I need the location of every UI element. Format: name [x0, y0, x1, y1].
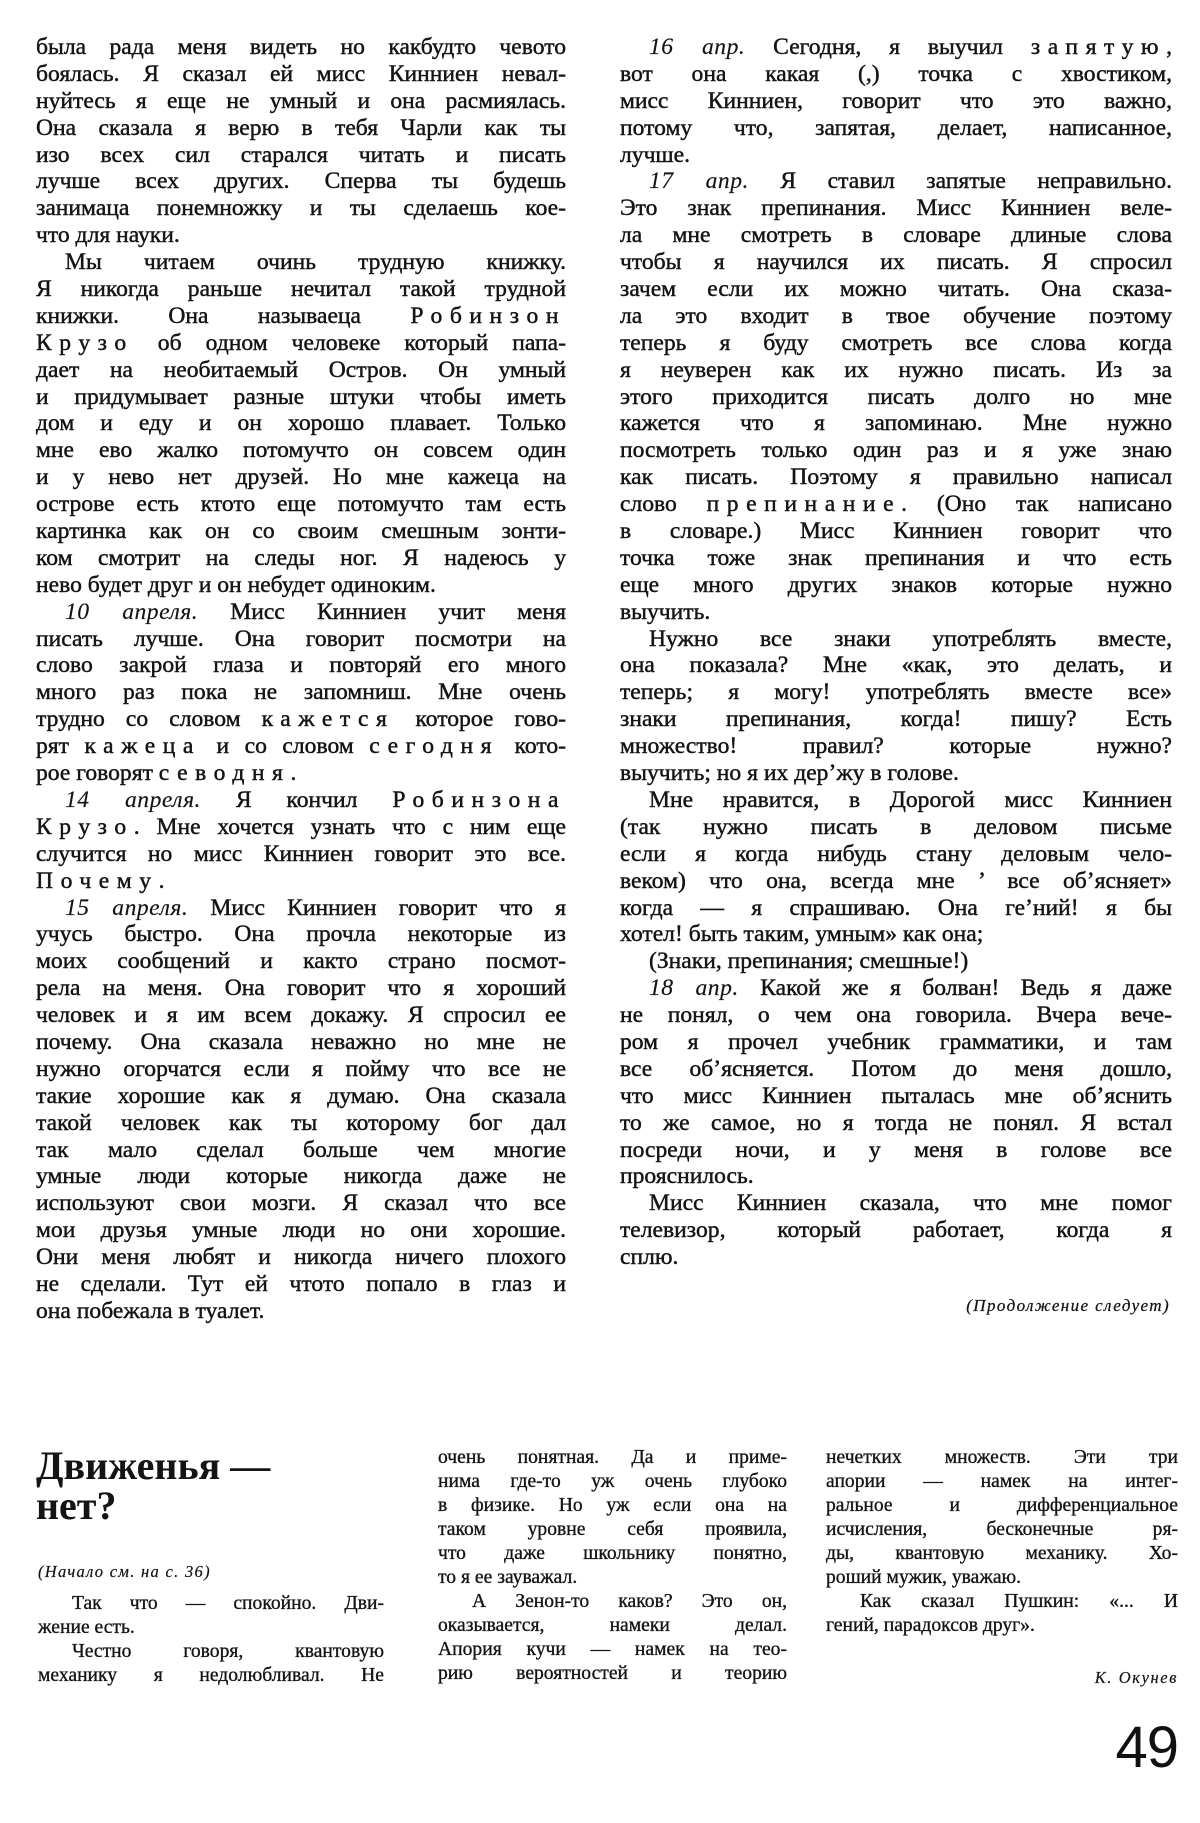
text-line: (Знаки, препинания; смешные!): [620, 948, 1172, 975]
text-line: что мисс Кинниен пыталась мне об’яснить: [620, 1083, 1172, 1110]
text-line: мисс Кинниен, говорит что это важно,: [620, 88, 1172, 115]
second-article-column-3: нечетких множеств. Эти триапории — намек…: [826, 1446, 1178, 1638]
text-line: боялась. Я сказал ей мисс Кинниен невал-: [36, 61, 566, 88]
continued-note: (Продолжение следует): [918, 1296, 1170, 1316]
second-article-column-2: очень понятная. Да и приме-нима где-то у…: [438, 1446, 787, 1686]
text-line: так мало сделал больше чем многие: [36, 1137, 566, 1164]
spaced-emphasis: Крузо: [36, 814, 134, 840]
paragraph: Как сказал Пушкин: «... Игений, парадокс…: [826, 1590, 1178, 1638]
text-line: сплю.: [620, 1244, 1172, 1271]
text-line: учусь быстро. Она прочла некоторые из: [36, 921, 566, 948]
paragraph: нечетких множеств. Эти триапории — намек…: [826, 1446, 1178, 1590]
text-line: рию вероятностей и теорию: [438, 1662, 787, 1686]
text-line: этого приходится писать долго но мне: [620, 384, 1172, 411]
spaced-emphasis: кажется: [262, 706, 395, 732]
text-line: нужно огорчатся если я пойму что все не: [36, 1056, 566, 1083]
text-line: книжки. Она называеца Робинзон: [36, 303, 566, 330]
text-line: выучить; но я их дер’жу в голове.: [620, 760, 1172, 787]
text-line: она побежала в туалет.: [36, 1298, 566, 1325]
text-line: такие хорошие как я думаю. Она сказала: [36, 1083, 566, 1110]
text-line: Они меня любят и никогда ничего плохого: [36, 1244, 566, 1271]
paragraph: Так что — спокойно. Дви-жение есть.: [38, 1592, 384, 1640]
text-line: нево будет друг и он небудет одиноким.: [36, 572, 566, 599]
text-line: мне ево жалко потомучто он совсем один: [36, 437, 566, 464]
entry-date: 14 апреля.: [65, 787, 201, 813]
text-line: таком уровне себя проявила,: [438, 1518, 787, 1542]
spaced-emphasis: севодня: [159, 760, 291, 786]
paragraph: 17 апр. Я ставил запятые неправильно.Это…: [620, 168, 1172, 625]
text-line: я неуверен как их нужно писать. Из за: [620, 357, 1172, 384]
text-line: зачем если их можно читать. Она сказа-: [620, 276, 1172, 303]
article-title: Движенья — нет?: [36, 1446, 336, 1526]
text-line: слово закрой глаза и повторяй его много: [36, 652, 566, 679]
text-line: ральное и дифференциальное: [826, 1494, 1178, 1518]
text-line: трудно со словом кажется которое гово-: [36, 706, 566, 733]
paragraph: Мисс Кинниен сказала, что мне помогтелев…: [620, 1190, 1172, 1271]
main-article-left-column: была рада меня видеть но какбудто чевото…: [36, 34, 566, 1325]
entry-date: 15 апреля.: [65, 895, 188, 921]
text-line: почему. Она сказала неважно но мне не: [36, 1029, 566, 1056]
text-line: Так что — спокойно. Дви-: [38, 1592, 384, 1616]
spaced-emphasis: запятую: [1031, 34, 1166, 60]
text-line: кажется что я запоминаю. Мне нужно: [620, 410, 1172, 437]
page-number: 49: [1098, 1718, 1178, 1778]
text-line: рое говорят севодня.: [36, 760, 566, 787]
text-line: слово препинание. (Оно так написано: [620, 491, 1172, 518]
text-line: дает на необитаемый Остров. Он умный: [36, 357, 566, 384]
text-line: что даже школьнику понятно,: [438, 1542, 787, 1566]
text-line: когда — я спрашиваю. Она ге’ний! я бы: [620, 895, 1172, 922]
text-line: 18 апр. Какой же я болван! Ведь я даже: [620, 975, 1172, 1002]
text-line: нима где-то уж очень глубоко: [438, 1470, 787, 1494]
entry-date: 10 апреля.: [65, 599, 198, 625]
text-line: точка тоже знак препинания и что есть: [620, 545, 1172, 572]
text-line: была рада меня видеть но какбудто чевото: [36, 34, 566, 61]
text-line: хотел! быть таким, умным» как она;: [620, 921, 1172, 948]
text-line: картинка как он со своим смешным зонти-: [36, 518, 566, 545]
text-line: Почему.: [36, 868, 566, 895]
text-line: Крузо об одном человеке который папа-: [36, 330, 566, 357]
text-line: роший мужик, уважаю.: [826, 1566, 1178, 1590]
text-line: в физике. Но уж если она на: [438, 1494, 787, 1518]
text-line: веком) что она, всегда мне ’ все об’ясня…: [620, 868, 1172, 895]
paragraph: Нужно все знаки употреблять вместе,она п…: [620, 626, 1172, 787]
text-line: если я когда нибудь стану деловым чело-: [620, 841, 1172, 868]
text-line: Честно говоря, квантовую: [38, 1640, 384, 1664]
text-line: 15 апреля. Мисс Кинниен говорит что я: [36, 895, 566, 922]
entry-date: 17 апр.: [649, 168, 749, 194]
text-line: изо всех сил старался читать и писать: [36, 142, 566, 169]
text-line: Как сказал Пушкин: «... И: [826, 1590, 1178, 1614]
text-line: в словаре.) Мисс Кинниен говорит что: [620, 518, 1172, 545]
paragraph: Мне нравится, в Дорогой мисс Кинниен(так…: [620, 787, 1172, 948]
text-line: знаки препинания, когда! пишу? Есть: [620, 706, 1172, 733]
text-line: 17 апр. Я ставил запятые неправильно.: [620, 168, 1172, 195]
text-line: посмотреть только один раз и я уже знаю: [620, 437, 1172, 464]
text-line: Я никогда раньше нечитал такой трудной: [36, 276, 566, 303]
text-line: исчисления, бесконечные ря-: [826, 1518, 1178, 1542]
paragraph: была рада меня видеть но какбудто чевото…: [36, 34, 566, 249]
text-line: что для науки.: [36, 222, 566, 249]
text-line: механику я недолюбливал. Не: [38, 1664, 384, 1688]
text-line: человек и я им всем докажу. Я спросил ее: [36, 1002, 566, 1029]
text-line: ла это входит в твое обучение поэтому: [620, 303, 1172, 330]
text-line: много раз пока не запомниш. Мне очень: [36, 679, 566, 706]
text-line: дом и еду и он хорошо плавает. Только: [36, 410, 566, 437]
text-line: посреди ночи, и у меня в голове все: [620, 1137, 1172, 1164]
text-line: такой человек как ты которому бог дал: [36, 1110, 566, 1137]
paragraph: 18 апр. Какой же я болван! Ведь я дажене…: [620, 975, 1172, 1190]
text-line: чтобы я научился их писать. Я спросил: [620, 249, 1172, 276]
text-line: Она сказала я верю в тебя Чарли как ты: [36, 115, 566, 142]
text-line: занимаца понемножку и ты сделаешь кое-: [36, 195, 566, 222]
paragraph: 15 апреля. Мисс Кинниен говорит что яучу…: [36, 895, 566, 1325]
paragraph: очень понятная. Да и приме-нима где-то у…: [438, 1446, 787, 1590]
text-line: теперь; я могу! употреблять вместе все»: [620, 679, 1172, 706]
text-line: 16 апр. Сегодня, я выучил запятую,: [620, 34, 1172, 61]
text-line: 14 апреля. Я кончил Робинзона: [36, 787, 566, 814]
spaced-emphasis: препинание: [707, 491, 902, 517]
text-line: мои друзья умные люди но они хорошие.: [36, 1217, 566, 1244]
text-line: ды, квантовую механику. Хо-: [826, 1542, 1178, 1566]
text-line: А Зенон-то каков? Это он,: [438, 1590, 787, 1614]
text-line: потому что, запятая, делает, написанное,: [620, 115, 1172, 142]
text-line: острове есть ктото еще потомучто там ест…: [36, 491, 566, 518]
text-line: телевизор, который работает, когда я: [620, 1217, 1172, 1244]
text-line: лучше всех других. Сперва ты будешь: [36, 168, 566, 195]
text-line: нечетких множеств. Эти три: [826, 1446, 1178, 1470]
text-line: рела на меня. Она говорит что я хороший: [36, 975, 566, 1002]
text-line: очень понятная. Да и приме-: [438, 1446, 787, 1470]
text-line: писать лучше. Она говорит посмотри на: [36, 626, 566, 653]
text-line: выучить.: [620, 599, 1172, 626]
paragraph: Честно говоря, квантовуюмеханику я недол…: [38, 1640, 384, 1688]
paragraph: Мы читаем очинь трудную книжку.Я никогда…: [36, 249, 566, 599]
entry-date: 16 апр.: [649, 34, 745, 60]
text-line: множество! правил? которые нужно?: [620, 733, 1172, 760]
text-line: теперь я буду смотреть все слова когда: [620, 330, 1172, 357]
text-line: рят кажеца и со словом сегодня кото-: [36, 733, 566, 760]
spaced-emphasis: Почему: [36, 868, 159, 894]
text-line: ла мне смотреть в словаре длиные слова: [620, 222, 1172, 249]
paragraph: А Зенон-то каков? Это он,оказывается, на…: [438, 1590, 787, 1686]
text-line: жение есть.: [38, 1616, 384, 1640]
paragraph: 10 апреля. Мисс Кинниен учит меняписать …: [36, 599, 566, 787]
text-line: не сделали. Тут ей чтото попало в глаз и: [36, 1271, 566, 1298]
text-line: ком смотрит на следы ног. Я надеюсь у: [36, 545, 566, 572]
text-line: вот она какая (,) точка с хвостиком,: [620, 61, 1172, 88]
text-line: прояснилось.: [620, 1163, 1172, 1190]
paragraph: 16 апр. Сегодня, я выучил запятую,вот он…: [620, 34, 1172, 168]
text-line: то я ее зауважал.: [438, 1566, 787, 1590]
text-line: то же самое, но я тогда не понял. Я вста…: [620, 1110, 1172, 1137]
text-line: и придумывает разные штуки чтобы иметь: [36, 384, 566, 411]
paragraph: (Знаки, препинания; смешные!): [620, 948, 1172, 975]
spaced-emphasis: Крузо: [36, 330, 134, 356]
spaced-emphasis: сегодня: [369, 733, 499, 759]
text-line: как писать. Поэтому я правильно написал: [620, 464, 1172, 491]
spaced-emphasis: Робинзона: [392, 787, 566, 813]
text-line: апории — намек на интег-: [826, 1470, 1178, 1494]
text-line: она показала? Мне «как, это делать, и: [620, 652, 1172, 679]
text-line: (так нужно писать в деловом письме: [620, 814, 1172, 841]
text-line: и у нево нет друзей. Но мне кажеца на: [36, 464, 566, 491]
text-line: Крузо. Мне хочется узнать что с ним еще: [36, 814, 566, 841]
text-line: гений, парадоксов друг».: [826, 1614, 1178, 1638]
main-article-right-column: 16 апр. Сегодня, я выучил запятую,вот он…: [620, 34, 1172, 1271]
source-note: (Начало см. на с. 36): [38, 1562, 298, 1582]
text-line: используют свои мозги. Я сказал что все: [36, 1190, 566, 1217]
paragraph: 14 апреля. Я кончил РобинзонаКрузо. Мне …: [36, 787, 566, 895]
entry-date: 18 апр.: [649, 975, 739, 1001]
text-line: Мисс Кинниен сказала, что мне помог: [620, 1190, 1172, 1217]
spaced-emphasis: Робинзон: [410, 303, 566, 329]
spaced-emphasis: кажеца: [85, 733, 201, 759]
text-line: Это знак препинания. Мисс Кинниен веле-: [620, 195, 1172, 222]
text-line: не понял, о чем она говорила. Вчера вече…: [620, 1002, 1172, 1029]
text-line: Мы читаем очинь трудную книжку.: [36, 249, 566, 276]
text-line: случится но мисс Кинниен говорит это все…: [36, 841, 566, 868]
text-line: еще много других знаков которые нужно: [620, 572, 1172, 599]
text-line: ром я прочел учебник грамматики, и там: [620, 1029, 1172, 1056]
article-title-line-1: Движенья —: [36, 1446, 336, 1486]
text-line: моих сообщений и както страно посмот-: [36, 948, 566, 975]
text-line: нуйтесь я еще не умный и она расмиялась.: [36, 88, 566, 115]
text-line: умные люди которые никогда даже не: [36, 1163, 566, 1190]
second-article-column-1: Так что — спокойно. Дви-жение есть.Честн…: [38, 1592, 384, 1688]
text-line: все об’ясняется. Потом до меня дошло,: [620, 1056, 1172, 1083]
author-signature: К. Окунев: [1020, 1668, 1178, 1688]
text-line: Нужно все знаки употреблять вместе,: [620, 626, 1172, 653]
article-title-line-2: нет?: [36, 1486, 336, 1526]
text-line: Апория кучи — намек на тео-: [438, 1638, 787, 1662]
text-line: оказывается, намеки делал.: [438, 1614, 787, 1638]
text-line: 10 апреля. Мисс Кинниен учит меня: [36, 599, 566, 626]
text-line: Мне нравится, в Дорогой мисс Кинниен: [620, 787, 1172, 814]
text-line: лучше.: [620, 142, 1172, 169]
